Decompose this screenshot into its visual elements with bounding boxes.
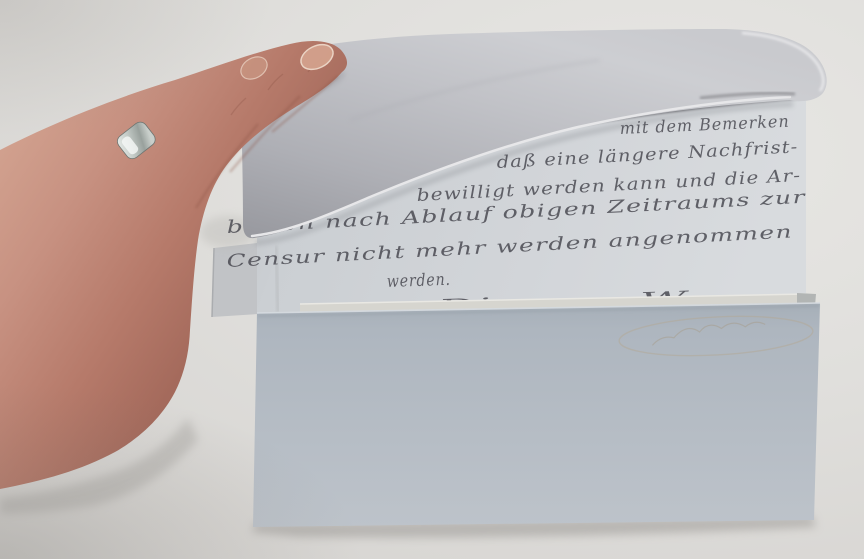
envelope xyxy=(253,303,820,527)
photo-layers: mit dem Bemerken daß eine längere Nachfr… xyxy=(0,0,864,559)
photo-scene: mit dem Bemerken daß eine längere Nachfr… xyxy=(0,0,864,559)
letter-line-6: werden. xyxy=(386,270,451,292)
